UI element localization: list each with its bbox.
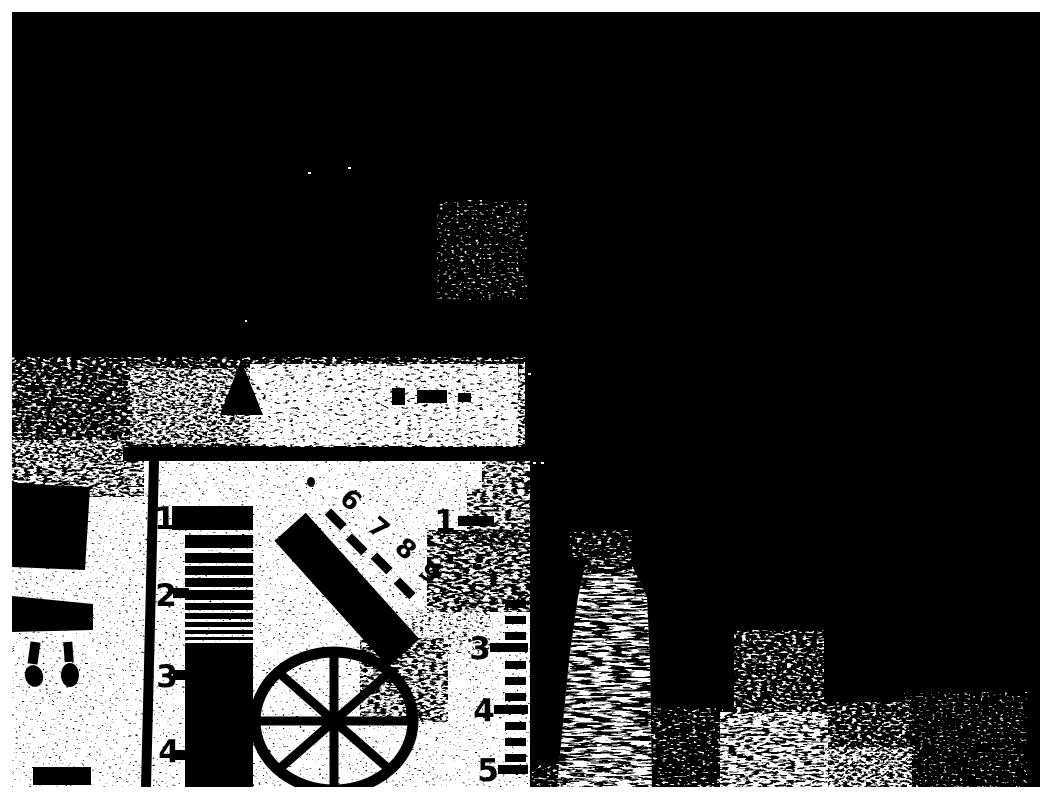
right-ruler-label: 3 — [469, 631, 491, 667]
noise-patch — [902, 692, 1027, 787]
resolution-bar — [185, 637, 253, 640]
scanned-page: 1 2 3 4 — [0, 0, 1053, 798]
binarized-photograph: 1 2 3 4 — [12, 12, 1040, 787]
dial-dot — [307, 477, 315, 487]
right-ruler-label: 4 — [473, 693, 495, 729]
right-ruler-label: 5 — [477, 753, 499, 787]
ruler-tick-short — [505, 677, 526, 685]
speck — [533, 462, 536, 464]
resolution-bar — [185, 622, 253, 627]
resolution-bar — [172, 506, 253, 530]
ruler-tick-short — [505, 616, 526, 624]
resolution-bar — [185, 630, 253, 634]
glyph-mark — [63, 642, 73, 663]
noise-patch — [570, 530, 632, 560]
speck — [308, 172, 311, 174]
ruler-tick-short — [505, 754, 526, 762]
resolution-bar — [185, 535, 253, 548]
ruler-tick-short — [505, 693, 526, 701]
chart-top-rule — [123, 447, 530, 461]
glyph-mark — [61, 663, 79, 687]
speck — [245, 320, 247, 322]
ruler-tick-short — [505, 632, 526, 640]
dark-block — [12, 483, 90, 570]
band-mark — [458, 393, 471, 402]
resolution-bar — [185, 590, 253, 600]
noise-patch — [250, 364, 518, 446]
resolution-bar — [185, 603, 253, 610]
ruler-tick-long — [498, 765, 528, 774]
right-ruler-label: 1 — [434, 504, 456, 540]
dark-block — [33, 767, 91, 785]
noise-patch — [12, 440, 125, 462]
solid-column — [185, 643, 253, 787]
noise-patch — [734, 630, 824, 725]
ruler-tick-short — [505, 661, 526, 669]
band-mark — [392, 388, 405, 405]
resolution-bar — [185, 613, 253, 619]
band-mark — [417, 390, 447, 403]
ruler-tick-short — [505, 600, 526, 608]
resolution-bar — [185, 553, 253, 563]
ruler-tick-long — [490, 643, 528, 652]
noise-patch — [482, 461, 530, 491]
noise-patch — [648, 707, 723, 787]
photo-canvas: 1 2 3 4 — [12, 12, 1040, 787]
speck — [348, 167, 351, 169]
ruler-tick-long — [458, 516, 494, 526]
resolution-bar — [185, 566, 253, 575]
speck — [541, 462, 544, 464]
ruler-tick-short — [505, 738, 526, 746]
speck — [528, 373, 531, 375]
resolution-bar — [185, 578, 253, 587]
noise-patch — [437, 200, 527, 300]
spoked-wheel-icon — [255, 652, 413, 787]
ruler-tick-short — [505, 722, 526, 730]
ruler-tick-long — [494, 705, 528, 714]
